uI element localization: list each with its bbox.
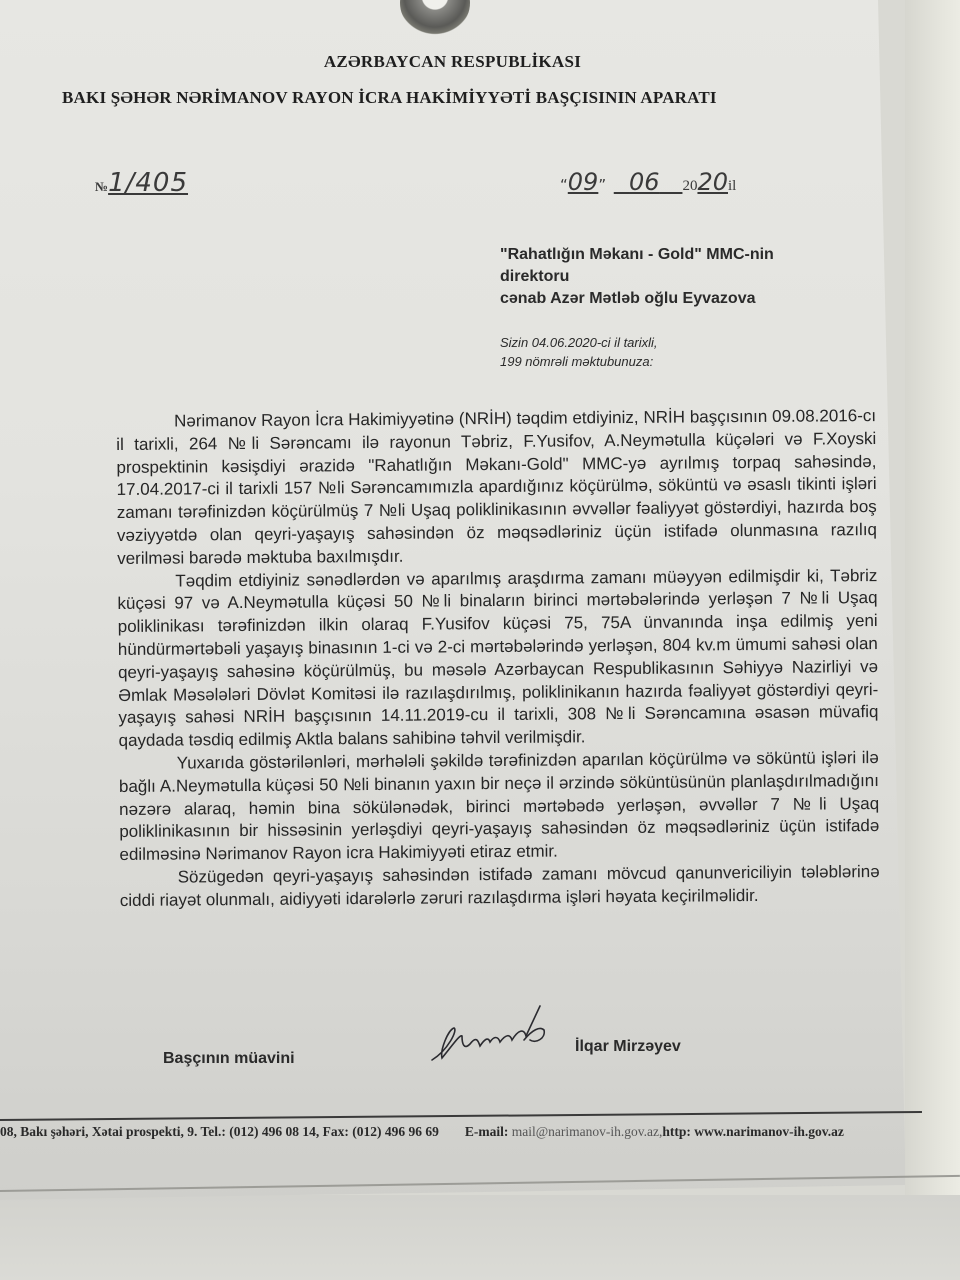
reference-number-value: 1/405 [108, 168, 188, 198]
letter-date: “09” 06 2020il [560, 168, 736, 196]
date-day: 09 [568, 168, 599, 196]
body-paragraph: Nərimanov Rayon İcra Hakimiyyətinə (NRİH… [116, 405, 877, 571]
footer-email: mail@narimanov-ih.gov.az, [512, 1124, 663, 1139]
under-page-surface [0, 1195, 960, 1280]
letterhead-organization: BAKI ŞƏHƏR NƏRİMANOV RAYON İCRA HAKİMİYY… [62, 88, 717, 108]
footer-website: www.narimanov-ih.gov.az [694, 1124, 844, 1139]
signer-title: Başçının müavini [163, 1050, 295, 1068]
reference-number: №1/405 [95, 168, 188, 198]
number-sign: № [95, 179, 108, 194]
date-month: 06 [614, 168, 683, 196]
reply-reference: Sizin 04.06.2020-ci il tarixli, 199 nömr… [500, 333, 658, 371]
letterhead-country: AZƏRBAYCAN RESPUBLİKASI [0, 52, 905, 72]
date-year: 20 [697, 168, 728, 196]
body-paragraph: Təqdim etdiyiniz sənədlərdən və aparılmı… [117, 565, 878, 753]
signature-icon [428, 1000, 588, 1070]
body-paragraph: Sözügedən qeyri-yaşayış sahəsindən istif… [120, 861, 880, 913]
recipient-block: "Rahatlığın Məkanı - Gold" MMC-nin direk… [500, 244, 774, 310]
recipient-position: direktoru [500, 266, 774, 288]
body-paragraph: Yuxarıda göstərilənləri, mərhələli şəkil… [119, 747, 880, 867]
background-surface [905, 0, 960, 1280]
letterhead-footer: 08, Bakı şəhəri, Xətai prospekti, 9. Tel… [0, 1124, 844, 1140]
footer-email-label: E-mail: [465, 1124, 509, 1139]
footer-http-label: http: [662, 1124, 691, 1139]
signer-name: İlqar Mirzəyev [575, 1038, 681, 1056]
recipient-name: cənab Azər Mətləb oğlu Eyvazova [500, 288, 774, 310]
recipient-company: "Rahatlığın Məkanı - Gold" MMC-nin [500, 244, 774, 266]
footer-address: 08, Bakı şəhəri, Xətai prospekti, 9. Tel… [0, 1124, 439, 1139]
letter-body: Nərimanov Rayon İcra Hakimiyyətinə (NRİH… [116, 405, 880, 912]
